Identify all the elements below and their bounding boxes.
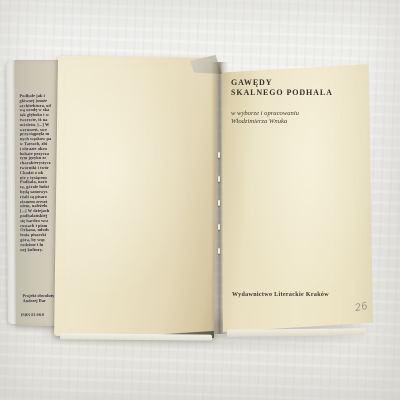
book-photograph: Podhale jak i głównej (może architektura… <box>0 0 400 400</box>
photo-vignette <box>0 0 400 400</box>
